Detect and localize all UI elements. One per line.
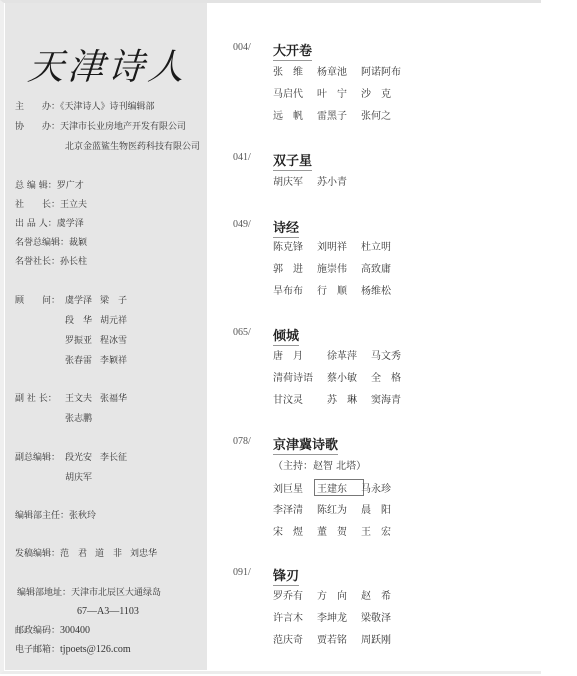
staff-row: 出 品 人：虞学泽 xyxy=(15,218,84,230)
staff-label: 名誉社长： xyxy=(15,257,60,267)
advisor-name: 李颖祥 xyxy=(100,355,127,367)
highlighted-author: 王建东 xyxy=(314,479,364,496)
address-row: 编辑部地址：天津市北辰区大通绿岛 xyxy=(17,587,161,599)
author-row: 马启代叶 宁沙 克 xyxy=(273,85,405,100)
author-name: 沙 克 xyxy=(361,85,405,100)
author-name: 张何之 xyxy=(361,107,405,122)
advisor-name: 虞学泽 xyxy=(65,295,92,307)
vice-president-name: 王文夫 xyxy=(65,393,92,405)
staff-row: 总 编 辑：罗广才 xyxy=(15,180,84,192)
staff-name: 虞学泽 xyxy=(57,219,84,229)
sponsor-row: 主 办：《天津诗人》诗刊编辑部 xyxy=(15,101,155,113)
postcode-value: 300400 xyxy=(60,625,90,636)
section-page-number: 078/ xyxy=(233,436,251,447)
staff-name: 罗广才 xyxy=(57,181,84,191)
advisor-name: 张春雷 xyxy=(65,355,92,367)
author-name: 陈红为 xyxy=(317,501,361,516)
vice-president-name: 张福华 xyxy=(100,393,127,405)
author-row: 刘巨星王建东马永珍 xyxy=(273,479,405,496)
vice-chief-editor-name: 胡庆军 xyxy=(65,472,92,484)
email-label: 电子邮箱： xyxy=(15,645,60,655)
advisor-name: 罗振亚 xyxy=(65,335,92,347)
masthead-panel: 天津诗人 主 办：《天津诗人》诗刊编辑部 协 办：天津市长业房地产开发有限公司 … xyxy=(5,3,207,670)
author-name: 杨维松 xyxy=(361,282,405,297)
staff-name: 孙长柱 xyxy=(60,257,87,267)
author-row: 甘汶灵苏 琳窦海青 xyxy=(273,391,415,406)
issue-editor-name: 范 君 xyxy=(60,548,87,560)
author-name: 杜立明 xyxy=(361,238,405,253)
author-name: 胡庆军 xyxy=(273,173,317,188)
author-name: 苏 琳 xyxy=(327,391,371,406)
author-name: 马启代 xyxy=(273,85,317,100)
vice-chief-editor-label: 副总编辑： xyxy=(15,453,60,463)
author-row: 许言木李坤龙梁敬泽 xyxy=(273,609,405,624)
author-name: 窦海青 xyxy=(371,391,415,406)
author-name: 唐 月 xyxy=(273,347,317,362)
author-name: 赵 希 xyxy=(361,587,405,602)
advisors-line: 张春雷李颖祥 xyxy=(65,355,135,367)
author-row: 张 维杨章池阿诺阿布 xyxy=(273,63,405,78)
author-name: 罗乔有 xyxy=(273,587,317,602)
section-title[interactable]: 锋刃 xyxy=(273,565,299,586)
author-name: 陈克锋 xyxy=(273,238,317,253)
author-name: 高致庸 xyxy=(361,260,405,275)
advisor-name: 段 华 xyxy=(65,315,92,327)
author-row: 旱布布行 顺杨维松 xyxy=(273,282,405,297)
author-row: 郭 进施崇伟高致庸 xyxy=(273,260,405,275)
section-title[interactable]: 双子星 xyxy=(273,150,312,171)
staff-label: 总 编 辑： xyxy=(15,181,57,191)
section-title[interactable]: 京津冀诗歌 xyxy=(273,434,338,455)
author-name: 马永珍 xyxy=(361,480,405,495)
author-row: 远 帆雷黑子张何之 xyxy=(273,107,405,122)
author-name: 张 维 xyxy=(273,63,317,78)
dept-head-row: 编辑部主任：张秋玲 xyxy=(15,510,96,522)
author-name: 全 格 xyxy=(371,369,415,384)
author-row: 胡庆军苏小青 xyxy=(273,173,361,188)
author-row: 李泽清陈红为晨 阳 xyxy=(273,501,405,516)
author-name: 旱布布 xyxy=(273,282,317,297)
author-name: 李坤龙 xyxy=(317,609,361,624)
section-page-number: 049/ xyxy=(233,219,251,230)
dept-head-label: 编辑部主任： xyxy=(15,511,69,521)
co-sponsor-row: 协 办：天津市长业房地产开发有限公司 xyxy=(15,121,186,133)
author-name: 远 帆 xyxy=(273,107,317,122)
staff-row: 名誉总编辑：裁颖 xyxy=(15,237,87,249)
advisor-name: 胡元祥 xyxy=(100,315,127,327)
section-page-number: 065/ xyxy=(233,327,251,338)
author-name: 刘巨星 xyxy=(273,480,317,495)
vice-chief-editor-row: 副总编辑： xyxy=(15,452,60,464)
author-name: 李泽清 xyxy=(273,501,317,516)
staff-label: 社 长： xyxy=(15,200,60,210)
author-name: 雷黑子 xyxy=(317,107,361,122)
postcode-label: 邮政编码： xyxy=(15,626,60,636)
vice-president-line: 王文夫张福华 xyxy=(65,393,135,405)
author-name: 施崇伟 xyxy=(317,260,361,275)
author-name: 周跃刚 xyxy=(361,631,405,646)
author-name: 晨 阳 xyxy=(361,501,405,516)
advisor-name: 程冰雪 xyxy=(100,335,127,347)
issue-editor-name: 刘忠华 xyxy=(130,548,157,560)
author-name: 阿诺阿布 xyxy=(361,63,405,78)
staff-name: 裁颖 xyxy=(69,238,87,248)
author-name: 贾若铭 xyxy=(317,631,361,646)
author-name: 叶 宁 xyxy=(317,85,361,100)
vice-president-line: 张志鹏 xyxy=(65,413,100,425)
advisors-line: 虞学泽梁 子 xyxy=(65,295,135,307)
issue-editors-label: 发稿编辑： xyxy=(15,548,60,560)
staff-label: 出 品 人： xyxy=(15,219,57,229)
address-line-2: 67—A3—1103 xyxy=(77,606,139,618)
advisor-name: 梁 子 xyxy=(100,295,127,307)
author-name: 郭 进 xyxy=(273,260,317,275)
vice-chief-editor-name: 段光安 xyxy=(65,452,92,464)
staff-label: 名誉总编辑： xyxy=(15,238,69,248)
advisors-row: 顾 问： xyxy=(15,295,60,307)
magazine-logo: 天津诗人 xyxy=(21,39,195,90)
vice-president-row: 副 社 长： xyxy=(15,393,57,405)
section-page-number: 041/ xyxy=(233,152,251,163)
issue-editor-name: 道 非 xyxy=(95,548,122,560)
author-name: 宋 煜 xyxy=(273,523,317,538)
email-value[interactable]: tjpoets@126.com xyxy=(60,644,131,655)
address-label: 编辑部地址： xyxy=(17,588,71,598)
author-name: 徐革萍 xyxy=(327,347,371,362)
email-row: 电子邮箱：tjpoets@126.com xyxy=(15,644,131,656)
address-value: 天津市北辰区大通绿岛 xyxy=(71,588,161,598)
author-name: 方 向 xyxy=(317,587,361,602)
vice-president-label: 副 社 长： xyxy=(15,394,57,404)
co-sponsor-row-2: 北京金蓝鲨生物医药科技有限公司 xyxy=(65,141,200,153)
author-name: 苏小青 xyxy=(317,173,361,188)
author-row: 唐 月徐革萍马文秀 xyxy=(273,347,415,362)
postcode-row: 邮政编码：300400 xyxy=(15,625,90,637)
issue-editors-row: 发稿编辑：范 君道 非刘忠华 xyxy=(15,548,165,560)
staff-name: 王立夫 xyxy=(60,200,87,210)
author-name: 王 宏 xyxy=(361,523,405,538)
author-row: 罗乔有方 向赵 希 xyxy=(273,587,405,602)
author-name: 行 顺 xyxy=(317,282,361,297)
author-row: 范庆奇贾若铭周跃刚 xyxy=(273,631,405,646)
sponsor-value: 《天津诗人》诗刊编辑部 xyxy=(60,102,155,112)
author-name: 许言木 xyxy=(273,609,317,624)
section-title[interactable]: 诗经 xyxy=(273,217,299,238)
section-title[interactable]: 大开卷 xyxy=(273,40,312,61)
dept-head-name: 张秋玲 xyxy=(69,511,96,521)
author-row: 清荷诗语蔡小敏全 格 xyxy=(273,369,415,384)
author-name: 清荷诗语 xyxy=(273,369,327,384)
author-row: 宋 煜董 贺王 宏 xyxy=(273,523,405,538)
section-title[interactable]: 倾城 xyxy=(273,325,299,346)
author-name: 马文秀 xyxy=(371,347,415,362)
author-name-highlighted: 王建东 xyxy=(317,479,361,496)
vice-president-name: 张志鹏 xyxy=(65,413,92,425)
section-page-number: 004/ xyxy=(233,42,251,53)
advisors-label: 顾 问： xyxy=(15,296,60,306)
author-name: 蔡小敏 xyxy=(327,369,371,384)
section-host: （主持：赵智 北塔） xyxy=(273,457,366,472)
advisors-line: 罗振亚程冰雪 xyxy=(65,335,135,347)
advisors-line: 段 华胡元祥 xyxy=(65,315,135,327)
vice-chief-editor-line: 段光安李长征 xyxy=(65,452,135,464)
author-name: 刘明祥 xyxy=(317,238,361,253)
author-name: 杨章池 xyxy=(317,63,361,78)
staff-row: 名誉社长：孙长柱 xyxy=(15,256,87,268)
staff-row: 社 长：王立夫 xyxy=(15,199,87,211)
section-page-number: 091/ xyxy=(233,567,251,578)
author-name: 甘汶灵 xyxy=(273,391,317,406)
sponsor-label: 主 办： xyxy=(15,102,60,112)
author-name: 梁敬泽 xyxy=(361,609,405,624)
vice-chief-editor-line: 胡庆军 xyxy=(65,472,100,484)
co-sponsor-value: 天津市长业房地产开发有限公司 xyxy=(60,122,186,132)
co-sponsor-label: 协 办： xyxy=(15,122,60,132)
vice-chief-editor-name: 李长征 xyxy=(100,452,127,464)
author-name: 董 贺 xyxy=(317,523,361,538)
author-row: 陈克锋刘明祥杜立明 xyxy=(273,238,405,253)
author-name: 范庆奇 xyxy=(273,631,317,646)
